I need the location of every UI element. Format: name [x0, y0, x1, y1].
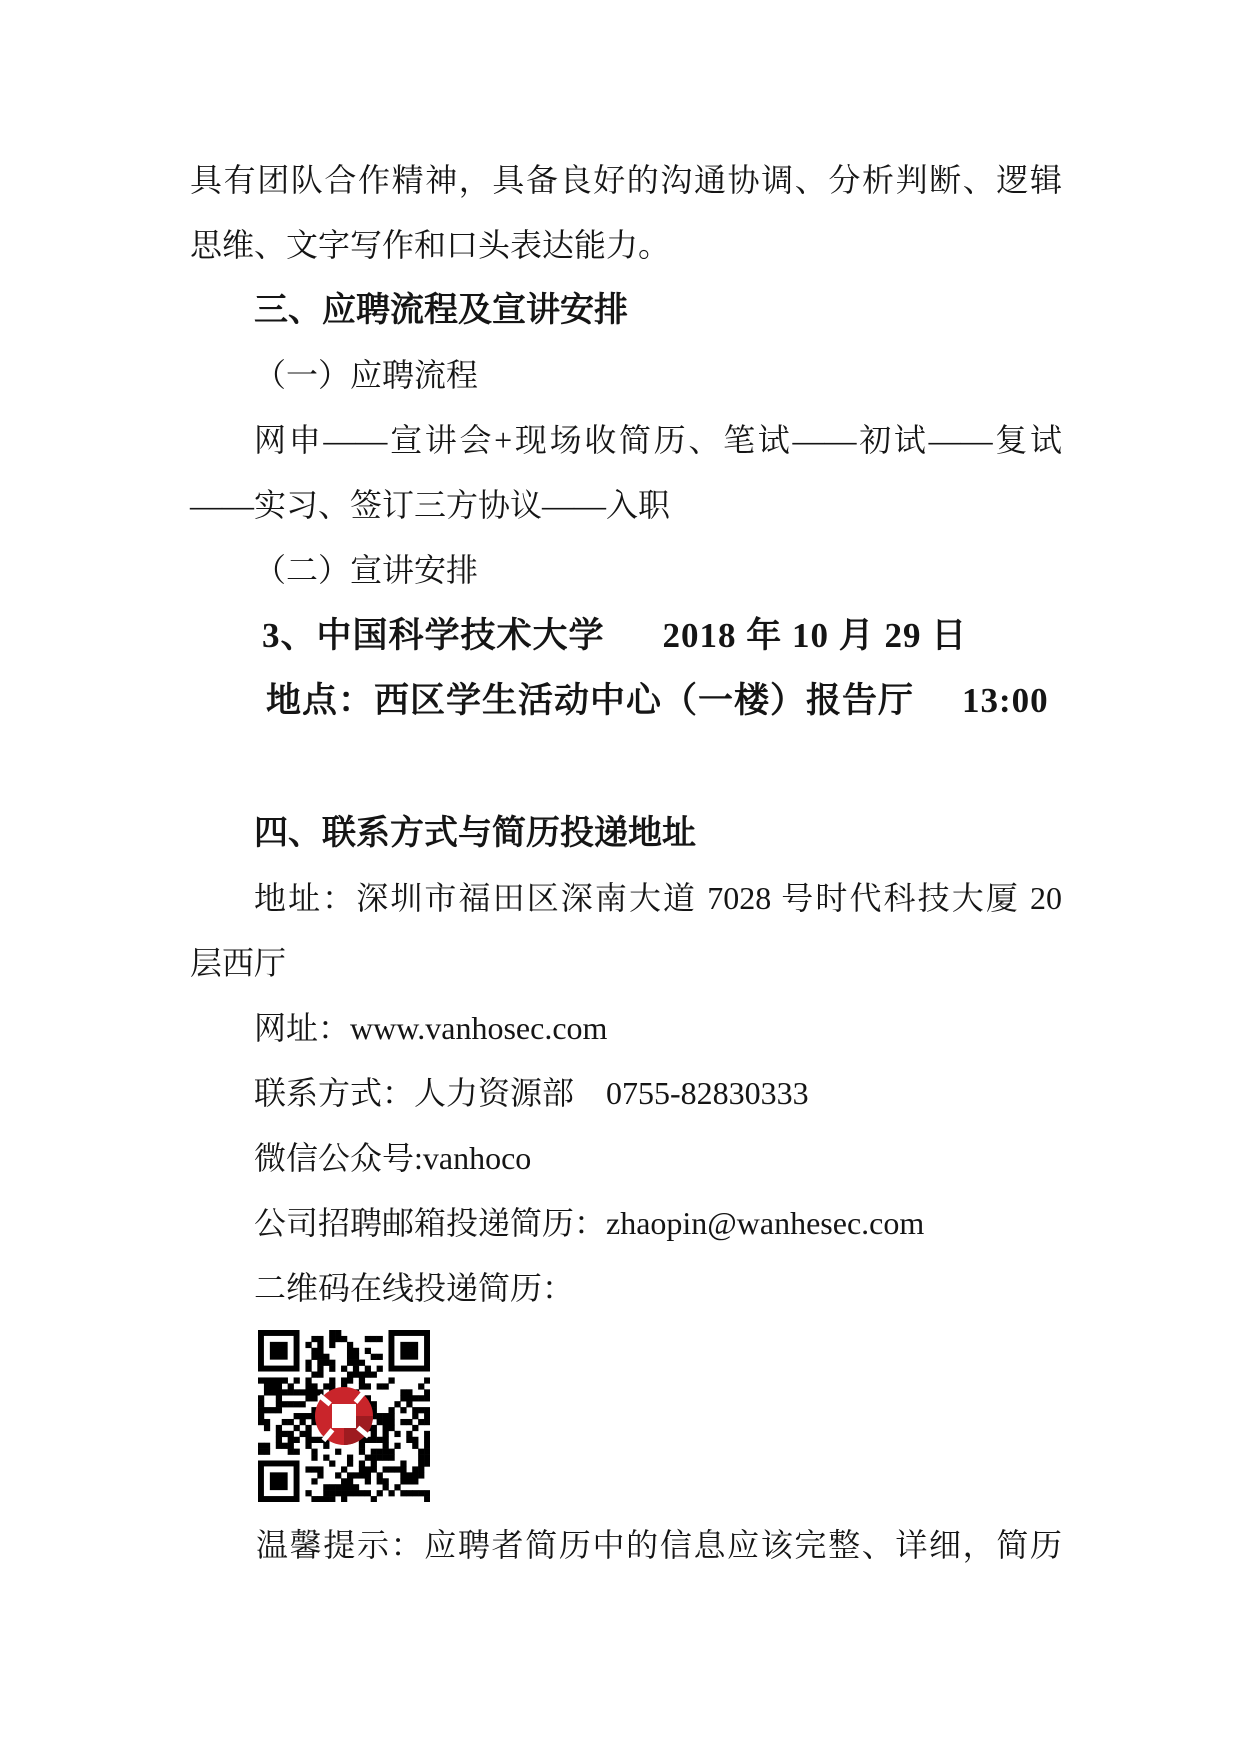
- subsection-3-1-title: （一）应聘流程: [254, 343, 478, 408]
- application-process-line-2: ——实习、签订三方协议——入职: [190, 473, 670, 538]
- presentation-schedule-line: 3、中国科学技术大学2018 年 10 月 29 日: [262, 603, 967, 668]
- address-line-1: 地址：深圳市福田区深南大道 7028 号时代科技大厦 20: [254, 866, 1062, 931]
- section-4-heading: 四、联系方式与简历投递地址: [254, 801, 696, 866]
- website-line: 网址：www.vanhosec.com: [254, 996, 607, 1061]
- wechat-account-line: 微信公众号:vanhoco: [254, 1126, 531, 1191]
- capability-text-line-2: 思维、文字写作和口头表达能力。: [190, 213, 670, 278]
- contact-phone-line: 联系方式：人力资源部 0755-82830333: [254, 1061, 809, 1126]
- address-line-2: 层西厅: [190, 931, 286, 996]
- document-page: 具有团队合作精神，具备良好的沟通协调、分析判断、逻辑 思维、文字写作和口头表达能…: [0, 0, 1241, 1754]
- capability-text-line-1: 具有团队合作精神，具备良好的沟通协调、分析判断、逻辑: [190, 148, 1062, 213]
- presentation-venue: 地点：西区学生活动中心（一楼）报告厅: [266, 681, 914, 720]
- qr-code-image: [258, 1330, 430, 1502]
- presentation-date: 2018 年 10 月 29 日: [663, 603, 968, 668]
- qr-caption-line: 二维码在线投递简历：: [254, 1256, 574, 1321]
- subsection-3-2-title: （二）宣讲安排: [254, 538, 478, 603]
- presentation-school: 3、中国科学技术大学: [262, 616, 605, 655]
- resume-qr-code: [258, 1330, 430, 1502]
- recruiting-email-line: 公司招聘邮箱投递简历：zhaopin@wanhesec.com: [254, 1191, 924, 1256]
- reminder-tip-line: 温馨提示：应聘者简历中的信息应该完整、详细，简历: [256, 1513, 1062, 1578]
- application-process-line-1: 网申——宣讲会+现场收简历、笔试——初试——复试: [254, 408, 1062, 473]
- section-3-heading: 三、应聘流程及宣讲安排: [254, 278, 628, 343]
- presentation-time: 13:00: [962, 668, 1049, 733]
- presentation-venue-line: 地点：西区学生活动中心（一楼）报告厅13:00: [266, 668, 1049, 733]
